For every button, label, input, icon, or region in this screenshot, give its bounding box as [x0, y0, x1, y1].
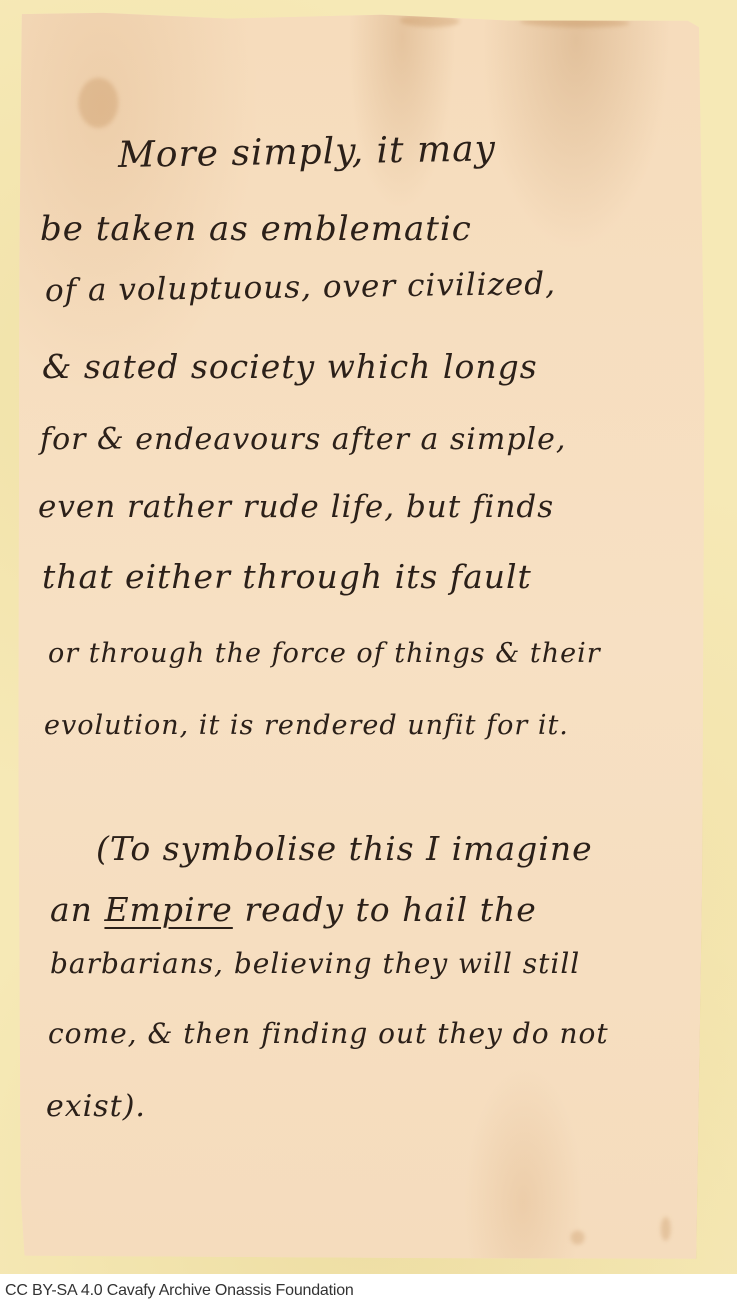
manuscript-line: come, & then finding out they do not: [48, 1020, 609, 1048]
manuscript-line: even rather rude life, but finds: [38, 492, 554, 523]
manuscript-line: be taken as emblematic: [40, 212, 472, 246]
manuscript-line: an Empire ready to hail the: [50, 893, 537, 926]
manuscript-line: of a voluptuous, over civilized,: [45, 269, 556, 307]
manuscript-line: barbarians, believing they will still: [50, 950, 580, 978]
license-caption: CC BY-SA 4.0 Cavafy Archive Onassis Foun…: [5, 1282, 354, 1300]
manuscript-word: ready to hail the: [244, 890, 536, 929]
handwritten-text: More simply, it may be taken as emblemat…: [0, 0, 737, 1274]
manuscript-line: that either through its fault: [42, 560, 532, 593]
manuscript-line: for & endeavours after a simple,: [40, 425, 566, 455]
manuscript-line: or through the force of things & their: [48, 640, 601, 667]
manuscript-line: evolution, it is rendered unfit for it.: [44, 712, 569, 739]
manuscript-line: & sated society which longs: [42, 350, 538, 383]
manuscript-line: More simply, it may: [118, 131, 497, 174]
underlined-word: Empire: [104, 890, 232, 929]
manuscript-word: an: [50, 890, 93, 929]
scan-background: More simply, it may be taken as emblemat…: [0, 0, 737, 1274]
manuscript-line: exist).: [46, 1092, 146, 1122]
manuscript-line: (To symbolise this I imagine: [96, 832, 593, 865]
